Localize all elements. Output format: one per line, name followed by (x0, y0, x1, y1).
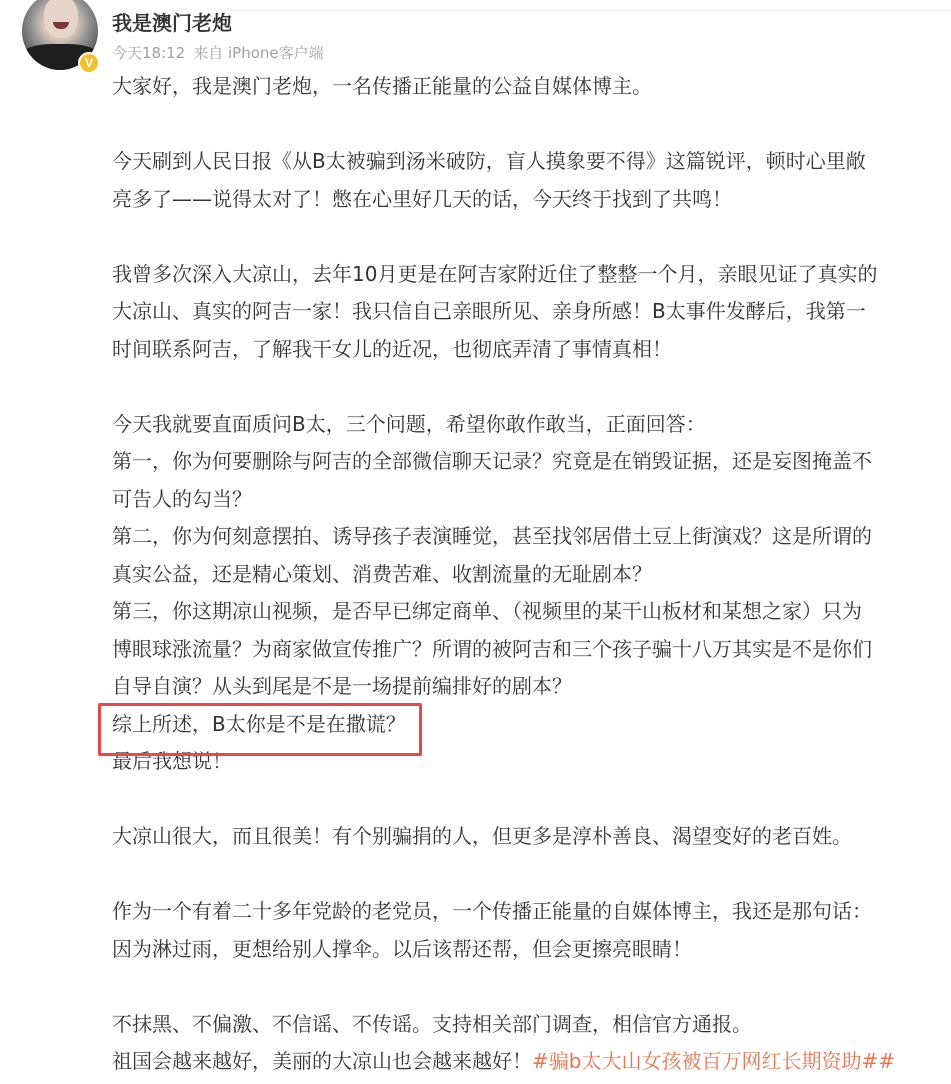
post-line-blank (112, 968, 942, 1006)
post-line: 博眼球涨流量？为商家做宣传推广？所谓的被阿吉和三个孩子骗十八万其实是不是你们 (112, 631, 942, 669)
post-line: 自导自演？从头到尾是不是一场提前编排好的剧本？ (112, 668, 942, 706)
avatar-face (44, 0, 78, 38)
post-body: 大家好，我是澳门老炮，一名传播正能量的公益自媒体博主。 今天刷到人民日报《从B太… (112, 68, 942, 1081)
post-line: 作为一个有着二十多年党龄的老党员，一个传播正能量的自媒体博主，我还是那句话： (112, 893, 942, 931)
post-line-blank (112, 368, 942, 406)
post-line: 亮多了——说得太对了！憋在心里好几天的话，今天终于找到了共鸣！ (112, 181, 942, 219)
post-line: 大凉山很大，而且很美！有个别骗捐的人，但更多是淳朴善良、渴望变好的老百姓。 (112, 818, 942, 856)
post-line: 第三，你这期凉山视频，是否早已绑定商单、（视频里的某干山板材和某想之家）只为 (112, 593, 942, 631)
highlighted-line: 综上所述，B太你是不是在撒谎？ (112, 706, 942, 744)
post-line-blank (112, 781, 942, 819)
post-line-blank (112, 218, 942, 256)
post-line: 第一，你为何要删除与阿吉的全部微信聊天记录？究竟是在销毁证据，还是妄图掩盖不 (112, 443, 942, 481)
post-meta: 今天18:12来自 iPhone客户端 (112, 43, 324, 63)
post-source: 来自 iPhone客户端 (193, 44, 323, 62)
post-line: 最后我想说！ (112, 743, 942, 781)
post-line-text: 祖国会越来越好，美丽的大凉山也会越来越好！ (112, 1049, 532, 1073)
post-line: 大凉山、真实的阿吉一家！我只信自己亲眼所见、亲身所感！B太事件发酵后，我第一 (112, 293, 942, 331)
header-divider (230, 10, 951, 11)
post-line: 时间联系阿吉，了解我干女儿的近况，也彻底弄清了事情真相！ (112, 331, 942, 369)
verified-badge-icon: V (78, 52, 100, 74)
post-line-blank (112, 856, 942, 894)
post-time: 今天18:12 (112, 44, 185, 62)
post-line: 第二，你为何刻意摆拍、诱导孩子表演睡觉，甚至找邻居借土豆上街演戏？这是所谓的 (112, 518, 942, 556)
post-line-last: 祖国会越来越好，美丽的大凉山也会越来越好！#骗b太大山女孩被百万网红长期资助## (112, 1043, 942, 1081)
post-line: 可告人的勾当？ (112, 481, 942, 519)
hashtag-link[interactable]: #骗b太大山女孩被百万网红长期资助## (532, 1049, 895, 1073)
post-line: 今天刷到人民日报《从B太被骗到汤米破防，盲人摸象要不得》这篇锐评，顿时心里敞 (112, 143, 942, 181)
post-line: 我曾多次深入大凉山，去年10月更是在阿吉家附近住了整整一个月，亲眼见证了真实的 (112, 256, 942, 294)
author-name[interactable]: 我是澳门老炮 (112, 10, 232, 36)
post-line: 不抹黑、不偏激、不信谣、不传谣。支持相关部门调查，相信官方通报。 (112, 1006, 942, 1044)
post-line: 真实公益，还是精心策划、消费苦难、收割流量的无耻剧本？ (112, 556, 942, 594)
post-line: 今天我就要直面质问B太，三个问题，希望你敢作敢当，正面回答： (112, 406, 942, 444)
post-line-blank (112, 106, 942, 144)
post-line: 大家好，我是澳门老炮，一名传播正能量的公益自媒体博主。 (112, 68, 942, 106)
post-line: 因为淋过雨，更想给别人撑伞。以后该帮还帮，但会更擦亮眼睛！ (112, 931, 942, 969)
